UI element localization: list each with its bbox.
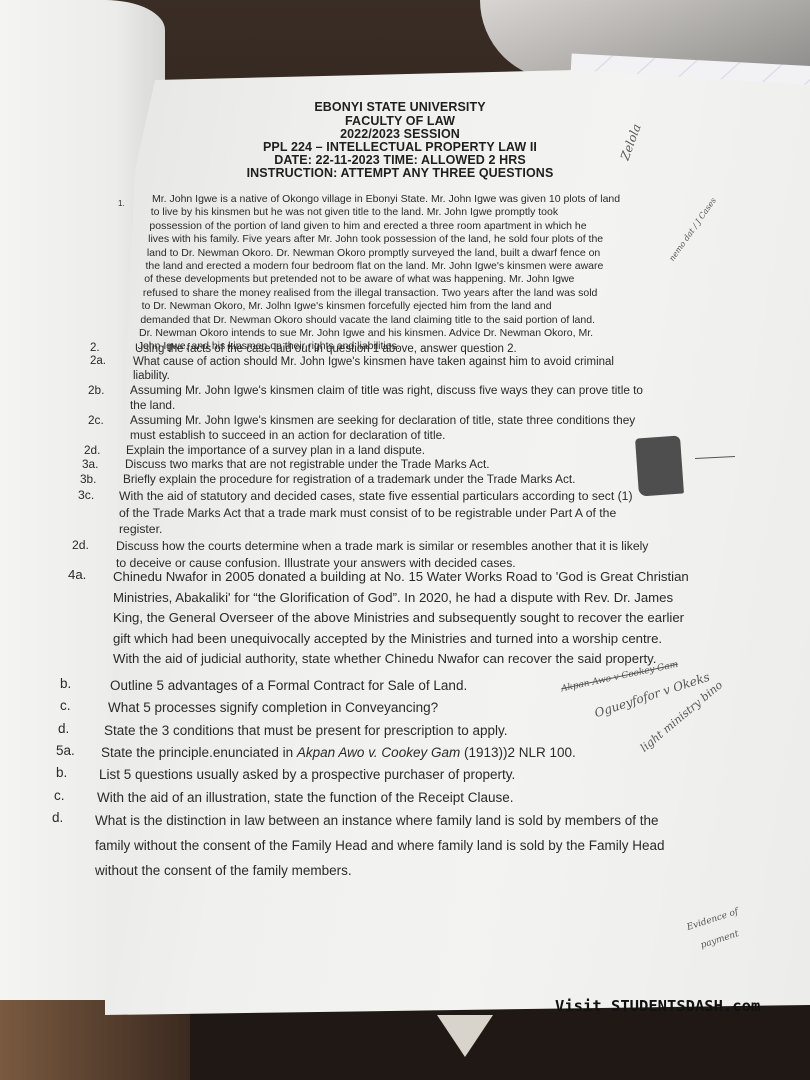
question-text: With the aid of statutory and decided ca… bbox=[119, 488, 633, 538]
handwritten-note-margin: nemo dat / J Cases bbox=[667, 196, 718, 263]
question-number: 3a. bbox=[82, 457, 98, 471]
header-instruction: INSTRUCTION: ATTEMPT ANY THREE QUESTIONS bbox=[200, 166, 600, 180]
question-number: 2d. bbox=[84, 443, 100, 457]
question-text: Assuming Mr. John Igwe's kinsmen claim o… bbox=[130, 383, 643, 413]
question-number: 2a. bbox=[90, 355, 106, 367]
exam-document: EBONYI STATE UNIVERSITY FACULTY OF LAW 2… bbox=[0, 0, 810, 1080]
question-text: What is the distinction in law between a… bbox=[95, 808, 665, 883]
question-number: 2b. bbox=[88, 383, 104, 397]
question-number: b. bbox=[56, 765, 67, 780]
question-text: Assuming Mr. John Igwe's kinsmen are see… bbox=[130, 413, 635, 443]
question-number: 2d. bbox=[72, 538, 89, 552]
question-number: b. bbox=[60, 676, 71, 691]
handwritten-note-top: Zelola bbox=[618, 122, 644, 162]
question-text: Discuss two marks that are not registrab… bbox=[125, 457, 490, 472]
question-text: What cause of action should Mr. John Igw… bbox=[133, 355, 614, 383]
question-number: c. bbox=[60, 698, 71, 713]
question-text: Chinedu Nwafor in 2005 donated a buildin… bbox=[113, 567, 689, 670]
question-number: 1. bbox=[118, 199, 125, 208]
question-number: 5a. bbox=[56, 743, 75, 758]
question-number: 2c. bbox=[88, 413, 104, 427]
question-text: Using the facts of the case laid out in … bbox=[135, 342, 517, 356]
question-text: List 5 questions usually asked by a pros… bbox=[99, 765, 515, 785]
question-text: State the 3 conditions that must be pres… bbox=[104, 721, 507, 741]
question-text: Outline 5 advantages of a Formal Contrac… bbox=[110, 676, 467, 696]
question-number: c. bbox=[54, 788, 65, 803]
header-faculty: FACULTY OF LAW bbox=[220, 114, 580, 128]
header-university: EBONYI STATE UNIVERSITY bbox=[220, 100, 580, 114]
question-text: With the aid of an illustration, state t… bbox=[97, 788, 513, 808]
watermark: Visit STUDENTSDASH.com bbox=[555, 997, 760, 1015]
question-number: d. bbox=[58, 721, 69, 736]
header-course: PPL 224 – INTELLECTUAL PROPERTY LAW II bbox=[220, 140, 580, 154]
question-text: Briefly explain the procedure for regist… bbox=[123, 472, 575, 487]
question-number: 2. bbox=[90, 342, 100, 354]
question-number: 3c. bbox=[78, 488, 94, 502]
question-number: 4a. bbox=[68, 567, 86, 582]
question-number: 3b. bbox=[80, 472, 96, 486]
handwritten-note-bottom-1: Evidence of bbox=[686, 907, 740, 933]
header-session: 2022/2023 SESSION bbox=[220, 127, 580, 141]
question-text: What 5 processes signify completion in C… bbox=[108, 698, 438, 718]
handwritten-note-bottom-2: payment bbox=[699, 929, 740, 951]
ink-blot bbox=[635, 436, 684, 497]
pen-mark bbox=[695, 456, 735, 459]
question-text: Explain the importance of a survey plan … bbox=[126, 443, 425, 458]
header-date-time: DATE: 22-11-2023 TIME: ALLOWED 2 HRS bbox=[220, 153, 580, 167]
question-text: State the principle.enunciated in Akpan … bbox=[101, 743, 576, 763]
question-number: d. bbox=[52, 810, 63, 825]
question-text: Mr. John Igwe is a native of Okongo vill… bbox=[152, 193, 620, 354]
